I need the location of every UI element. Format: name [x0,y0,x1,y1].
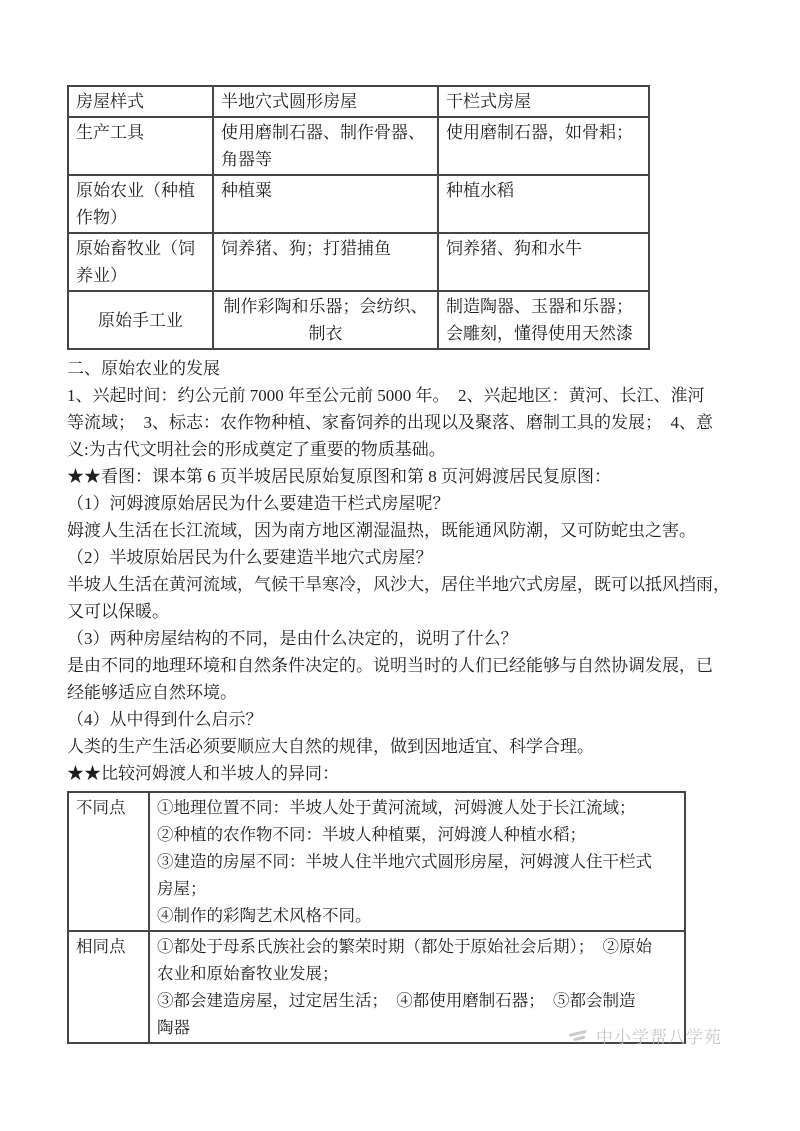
watermark-logo-icon [568,1029,590,1043]
table-cell-banpo-crop: 种植粟 [213,175,438,233]
table-cell-tools-label: 生产工具 [68,117,213,175]
house-comparison-table: 房屋样式 半地穴式圆形房屋 干栏式房屋 生产工具 使用磨制石器、制作骨器、 角器… [67,85,650,350]
table-cell-hemudu-handicraft: 制造陶器、玉器和乐器； 会雕刻，懂得使用天然漆 [438,291,649,349]
answer-2: 半坡人生活在黄河流域，气候干旱寒冷，风沙大，居住半地穴式房屋，既可以抵风挡雨， … [67,571,748,625]
section-heading-agriculture: 二、原始农业的发展 [67,355,748,382]
table-cell-agriculture-label: 原始农业（种植 作物） [68,175,213,233]
table-cell-house-style-label: 房屋样式 [68,86,213,117]
question-4: （4）从中得到什么启示？ [67,706,748,733]
table-cell-banpo-handicraft: 制作彩陶和乐器；会纺织、 制衣 [213,291,438,349]
table-cell-banpo-animals: 饲养猪、狗；打猎捕鱼 [213,233,438,291]
table-cell-hemudu-crop: 种植水稻 [438,175,649,233]
question-1: （1）河姆渡原始居民为什么要建造干栏式房屋呢？ [67,490,748,517]
table-cell-banpo-tools: 使用磨制石器、制作骨器、 角器等 [213,117,438,175]
document-page: 房屋样式 半地穴式圆形房屋 干栏式房屋 生产工具 使用磨制石器、制作骨器、 角器… [0,0,800,1131]
question-2: （2）半坡原始居民为什么要建造半地穴式房屋？ [67,544,748,571]
table-cell-hemudu-animals: 饲养猪、狗和水牛 [438,233,649,291]
table-row: 生产工具 使用磨制石器、制作骨器、 角器等 使用磨制石器，如骨耜； [68,117,649,175]
table-cell-similarities-label: 相同点 [68,931,149,1043]
answer-3: 是由不同的地理环境和自然条件决定的。说明当时的人们已经能够与自然协调发展，已 经… [67,652,748,706]
agriculture-body-text: 1、兴起时间：约公元前 7000 年至公元前 5000 年。 2、兴起地区：黄河… [67,382,748,463]
table-cell-handicraft-label: 原始手工业 [68,291,213,349]
table-cell-hemudu-tools: 使用磨制石器，如骨耜； [438,117,649,175]
table-cell-hemudu-house: 干栏式房屋 [438,86,649,117]
answer-1: 姆渡人生活在长江流域，因为南方地区潮湿温热，既能通风防潮，又可防蛇虫之害。 [67,517,748,544]
question-3: （3）两种房屋结构的不同，是由什么决定的，说明了什么？ [67,625,748,652]
table-cell-differences-label: 不同点 [68,792,149,931]
look-pictures-heading: ★★看图：课本第 6 页半坡居民原始复原图和第 8 页河姆渡居民复原图： [67,463,748,490]
table-row: 房屋样式 半地穴式圆形房屋 干栏式房屋 [68,86,649,117]
table-row: 原始手工业 制作彩陶和乐器；会纺织、 制衣 制造陶器、玉器和乐器； 会雕刻，懂得… [68,291,649,349]
table-row: 原始农业（种植 作物） 种植粟 种植水稻 [68,175,649,233]
watermark-text: 中小学帮八学苑 [596,1023,722,1048]
table-cell-husbandry-label: 原始畜牧业（饲 养业） [68,233,213,291]
document-content: 房屋样式 半地穴式圆形房屋 干栏式房屋 生产工具 使用磨制石器、制作骨器、 角器… [67,85,748,1044]
table-row: 原始畜牧业（饲 养业） 饲养猪、狗；打猎捕鱼 饲养猪、狗和水牛 [68,233,649,291]
similarities-differences-table: 不同点 ①地理位置不同：半坡人处于黄河流域，河姆渡人处于长江流域； ②种植的农作… [67,791,686,1044]
table-cell-banpo-house: 半地穴式圆形房屋 [213,86,438,117]
table-cell-differences-content: ①地理位置不同：半坡人处于黄河流域，河姆渡人处于长江流域； ②种植的农作物不同：… [149,792,685,931]
compare-heading: ★★比较河姆渡人和半坡人的异同： [67,760,748,787]
table-row: 不同点 ①地理位置不同：半坡人处于黄河流域，河姆渡人处于长江流域； ②种植的农作… [68,792,685,931]
answer-4: 人类的生产生活必须要顺应大自然的规律，做到因地适宜、科学合理。 [67,733,748,760]
watermark: 中小学帮八学苑 [568,1023,722,1048]
